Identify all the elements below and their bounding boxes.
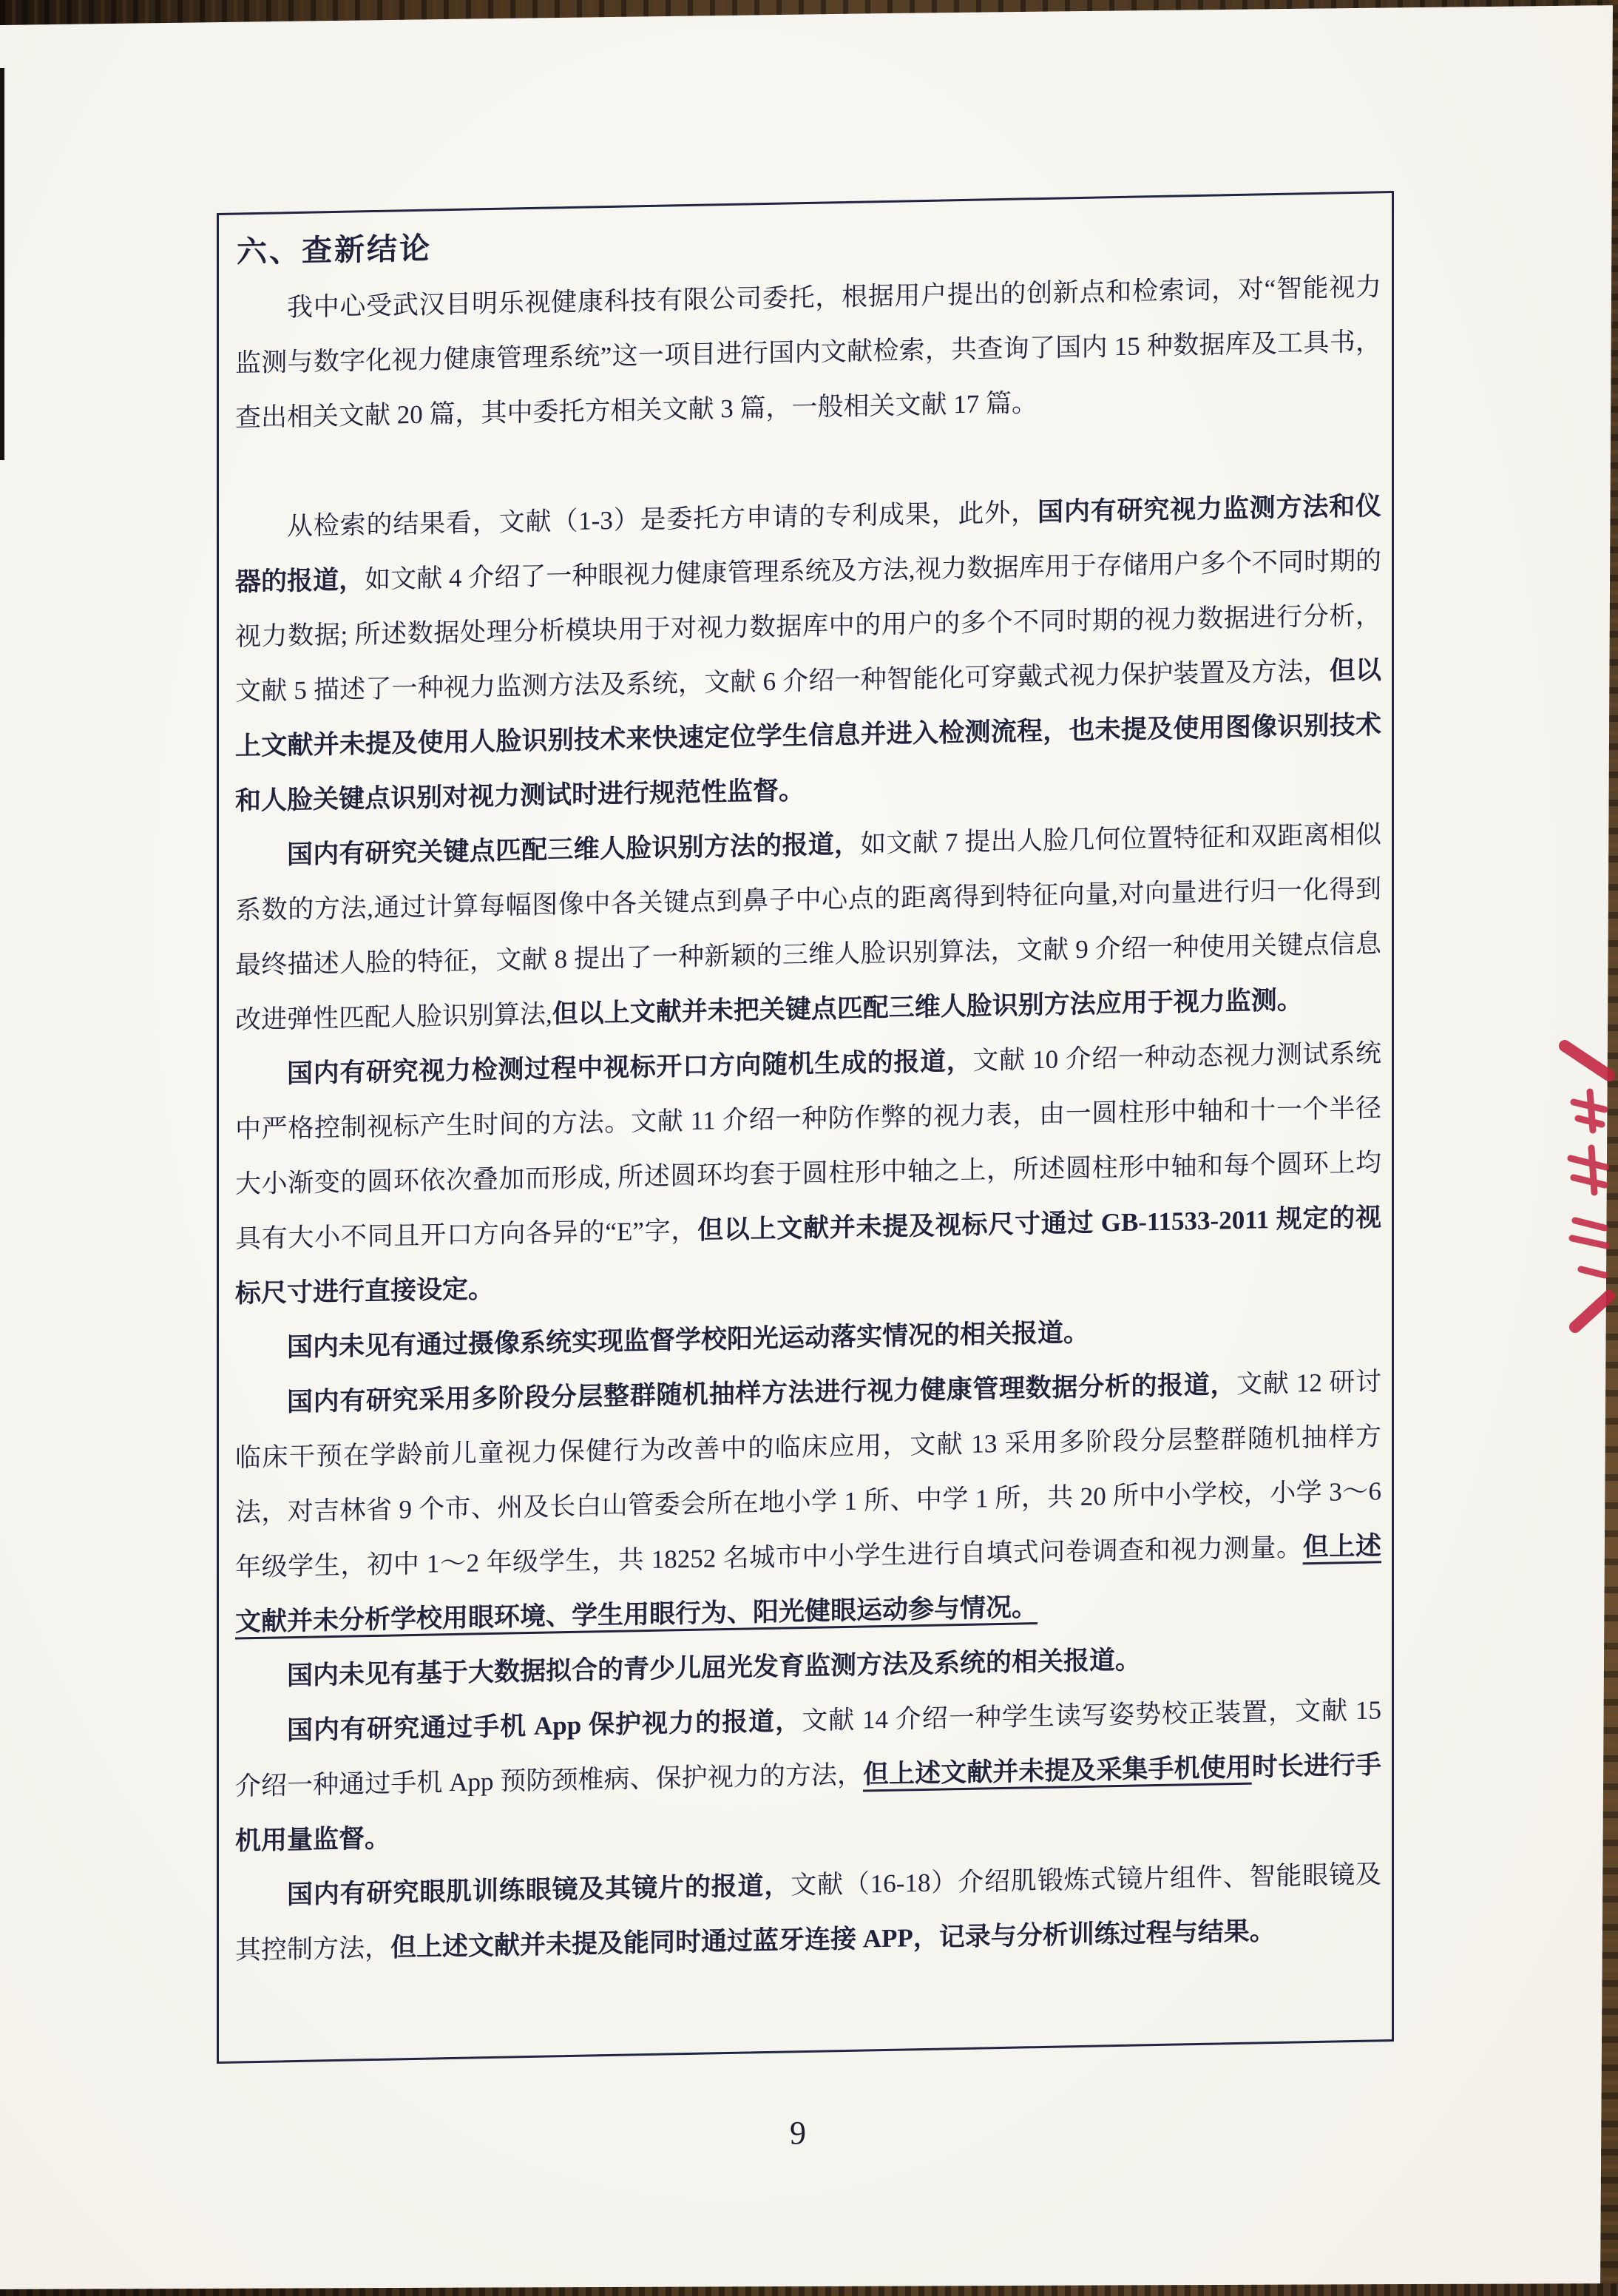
paragraph: 从检索的结果看，文献（1-3）是委托方申请的专利成果，此外，国内有研究视力监测方…	[235, 479, 1381, 828]
document-body: 我中心受武汉目明乐视健康科技有限公司委托，根据用户提出的创新点和检索词，对“智能…	[235, 260, 1381, 1978]
emphasis-text: 国内有研究关键点匹配三维人脸识别方法的报道，	[287, 830, 860, 870]
scanned-page: 六、查新结论 我中心受武汉目明乐视健康科技有限公司委托，根据用户提出的创新点和检…	[0, 0, 1618, 2296]
paragraph: 我中心受武汉目明乐视健康科技有限公司委托，根据用户提出的创新点和检索词，对“智能…	[235, 260, 1381, 445]
emphasis-text: 但上述文献并未提及采集手机使用	[863, 1753, 1252, 1789]
emphasis-text: 国内未见有基于大数据拟合的青少儿屈光发育监测方法及系统的相关报道。	[287, 1645, 1141, 1690]
emphasis-text: 但上述文献并未提及能同时通过蓝牙连接 APP，记录与分析训练过程与结果。	[390, 1917, 1276, 1962]
emphasis-text: 国内未见有通过摄像系统实现监督学校阳光运动落实情况的相关报道。	[287, 1318, 1089, 1362]
red-seal-stamp	[1550, 1039, 1618, 1334]
paragraph: 国内有研究采用多阶段分层整群随机抽样方法进行视力健康管理数据分析的报道，文献 1…	[235, 1354, 1381, 1650]
scan-edge-left	[0, 68, 4, 460]
emphasis-text: 国内有研究眼肌训练眼镜及其镜片的报道，	[287, 1871, 791, 1909]
scan-edge-top	[0, 0, 1618, 27]
body-text: 我中心受武汉目明乐视健康科技有限公司委托，根据用户提出的创新点和检索词，对“智能…	[235, 272, 1381, 432]
emphasis-text: 但以上文献并未提及视标尺寸通过 GB-11533-2011 规定的视标尺寸进行直…	[235, 1203, 1381, 1308]
scan-edge-bottom	[0, 2281, 1618, 2296]
emphasis-text: 国内有研究采用多阶段分层整群随机抽样方法进行视力健康管理数据分析的报道，	[287, 1370, 1236, 1417]
body-text: 如文献 4 介绍了一种眼视力健康管理系统及方法,视力数据库用于存储用户多个不同时…	[235, 546, 1381, 706]
paragraph: 国内有研究眼肌训练眼镜及其镜片的报道，文献（16-18）介绍肌锻炼式镜片组件、智…	[235, 1847, 1381, 1978]
paragraph: 国内有研究关键点匹配三维人脸识别方法的报道，如文献 7 提出人脸几何位置特征和双…	[235, 807, 1381, 1047]
emphasis-text: 但以上文献并未把关键点匹配三维人脸识别方法应用于视力监测。	[552, 985, 1303, 1028]
paragraph: 国内有研究通过手机 App 保护视力的报道，文献 14 介绍一种学生读写姿势校正…	[235, 1683, 1381, 1868]
body-text: 从检索的结果看，文献（1-3）是委托方申请的专利成果，此外，	[287, 498, 1038, 541]
body-text: 文献 14 介绍一种学生读写姿势校正装置，文献 15 介绍一种通过手机 App …	[235, 1695, 1381, 1800]
emphasis-text: 国内有研究通过手机 App 保护视力的报道，	[287, 1706, 802, 1745]
search-conclusion-section: 六、查新结论 我中心受武汉目明乐视健康科技有限公司委托，根据用户提出的创新点和检…	[217, 191, 1394, 2064]
emphasis-text: 国内有研究视力检测过程中视标开口方向随机生成的报道，	[287, 1047, 972, 1088]
seal-character-strokes	[1571, 1092, 1606, 1275]
paragraph: 国内有研究视力检测过程中视标开口方向随机生成的报道，文献 10 介绍一种动态视力…	[235, 1026, 1381, 1321]
page-number: 9	[790, 2114, 806, 2152]
